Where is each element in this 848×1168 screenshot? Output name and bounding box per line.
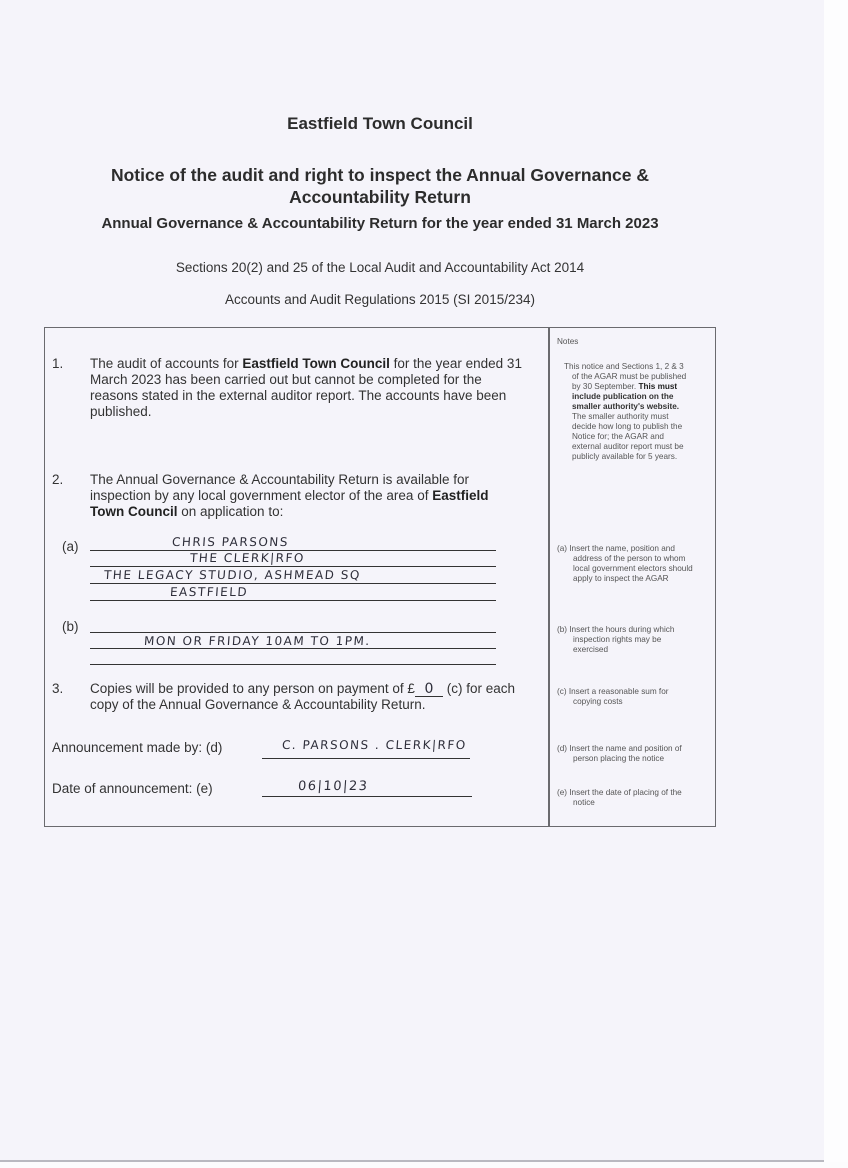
item2-line3-bold: Town Council xyxy=(90,504,178,519)
note-e: (e) Insert the date of placing of the no… xyxy=(557,788,712,808)
notes-column-divider xyxy=(548,327,550,827)
council-title: Eastfield Town Council xyxy=(0,114,760,134)
note-a-line: (a) Insert the name, position and xyxy=(557,544,712,554)
item2-line2-bold: Eastfield xyxy=(432,488,488,503)
notice-title: Notice of the audit and right to inspect… xyxy=(0,164,760,208)
note-publication-line: The smaller authority must xyxy=(564,412,712,422)
item3-text: Copies will be provided to any person on… xyxy=(90,681,550,713)
note-publication-line: publicly available for 5 years. xyxy=(564,452,712,462)
note-publication-line: external auditor report must be xyxy=(564,442,712,452)
note-a-line: apply to inspect the AGAR xyxy=(557,574,712,584)
field-b-line-2 xyxy=(90,648,496,649)
item3-text-pre: Copies will be provided to any person on… xyxy=(90,681,415,696)
note-publication-bold-line: smaller authority's website. xyxy=(564,402,712,412)
note-b: (b) Insert the hours during which inspec… xyxy=(557,625,712,655)
item3-number: 3. xyxy=(52,681,63,696)
item1-text-post: for the year ended 31 xyxy=(390,356,522,371)
field-a-value-address[interactable]: THE LEGACY STUDIO, ASHMEAD SQ xyxy=(104,568,362,582)
item2-text: The Annual Governance & Accountability R… xyxy=(90,472,540,520)
announcement-date-label: Date of announcement: (e) xyxy=(52,781,213,796)
item1-line2: March 2023 has been carried out but cann… xyxy=(90,372,540,388)
scan-edge-bottom xyxy=(0,1162,848,1168)
note-publication-bold-line: include publication on the xyxy=(564,392,712,402)
announcement-made-by-label: Announcement made by: (d) xyxy=(52,740,222,755)
field-a-value-name[interactable]: CHRIS PARSONS xyxy=(172,535,290,549)
note-c-line: (c) Insert a reasonable sum for xyxy=(557,687,712,697)
item2-line3-post: on application to: xyxy=(178,504,284,519)
field-a-value-town[interactable]: EASTFIELD xyxy=(170,585,249,599)
note-b-line: inspection rights may be xyxy=(557,635,712,645)
item3-text-post: (c) for each xyxy=(447,681,515,696)
regulations-reference: Accounts and Audit Regulations 2015 (SI … xyxy=(0,292,760,307)
note-c: (c) Insert a reasonable sum for copying … xyxy=(557,687,712,707)
field-b-line-1 xyxy=(90,632,496,633)
note-d-line: (d) Insert the name and position of xyxy=(557,744,712,754)
note-b-line: (b) Insert the hours during which xyxy=(557,625,712,635)
note-publication-line: Notice for; the AGAR and xyxy=(564,432,712,442)
return-subtitle: Annual Governance & Accountability Retur… xyxy=(0,215,760,232)
item2-line2-pre: inspection by any local government elect… xyxy=(90,488,432,503)
notes-heading: Notes xyxy=(557,337,578,346)
note-publication-line: of the AGAR must be published xyxy=(564,372,712,382)
field-b-label: (b) xyxy=(62,619,79,634)
field-b-line-3 xyxy=(90,664,496,665)
note-publication-line: This notice and Sections 1, 2 & 3 xyxy=(564,362,712,372)
item1-text: The audit of accounts for Eastfield Town… xyxy=(90,356,540,420)
note-e-line: (e) Insert the date of placing of the xyxy=(557,788,712,798)
announcement-made-by-line xyxy=(262,758,470,759)
note-publication-line: decide how long to publish the xyxy=(564,422,712,432)
announcement-date-value[interactable]: 06|10|23 xyxy=(297,779,368,794)
notice-title-line2: Accountability Return xyxy=(0,186,760,208)
note-e-line: notice xyxy=(557,798,712,808)
field-a-value-position[interactable]: THE CLERK|RFO xyxy=(190,551,306,565)
note-publication: This notice and Sections 1, 2 & 3 of the… xyxy=(564,362,712,462)
copy-fee-field[interactable]: 0 xyxy=(415,683,443,697)
field-a-label: (a) xyxy=(62,539,79,554)
note-c-line: copying costs xyxy=(557,697,712,707)
legislation-reference: Sections 20(2) and 25 of the Local Audit… xyxy=(0,260,760,275)
notice-title-line1: Notice of the audit and right to inspect… xyxy=(0,164,760,186)
item1-line3: reasons stated in the external auditor r… xyxy=(90,388,540,404)
field-a-line-4 xyxy=(90,600,496,601)
note-publication-bold: This must xyxy=(638,382,677,391)
item1-line4: published. xyxy=(90,404,540,420)
note-a-line: address of the person to whom xyxy=(557,554,712,564)
item1-council-name: Eastfield Town Council xyxy=(242,356,390,371)
note-a-line: local government electors should xyxy=(557,564,712,574)
scan-edge-right xyxy=(824,0,848,1168)
note-b-line: exercised xyxy=(557,645,712,655)
note-d: (d) Insert the name and position of pers… xyxy=(557,744,712,764)
field-b-value-hours[interactable]: MON OR FRIDAY 10AM TO 1PM. xyxy=(144,634,372,648)
note-a: (a) Insert the name, position and addres… xyxy=(557,544,712,584)
announcement-date-line xyxy=(262,796,472,797)
note-d-line: person placing the notice xyxy=(557,754,712,764)
item2-number: 2. xyxy=(52,472,63,487)
item2-line1: The Annual Governance & Accountability R… xyxy=(90,472,540,488)
item1-text-pre: The audit of accounts for xyxy=(90,356,242,371)
item3-line2: copy of the Annual Governance & Accounta… xyxy=(90,697,550,713)
field-a-line-3 xyxy=(90,583,496,584)
note-publication-line: by 30 September. xyxy=(572,382,636,391)
announcement-made-by-value[interactable]: C. PARSONS . CLERK|RFO xyxy=(282,738,468,752)
field-a-line-2 xyxy=(90,566,496,567)
item1-number: 1. xyxy=(52,356,63,371)
